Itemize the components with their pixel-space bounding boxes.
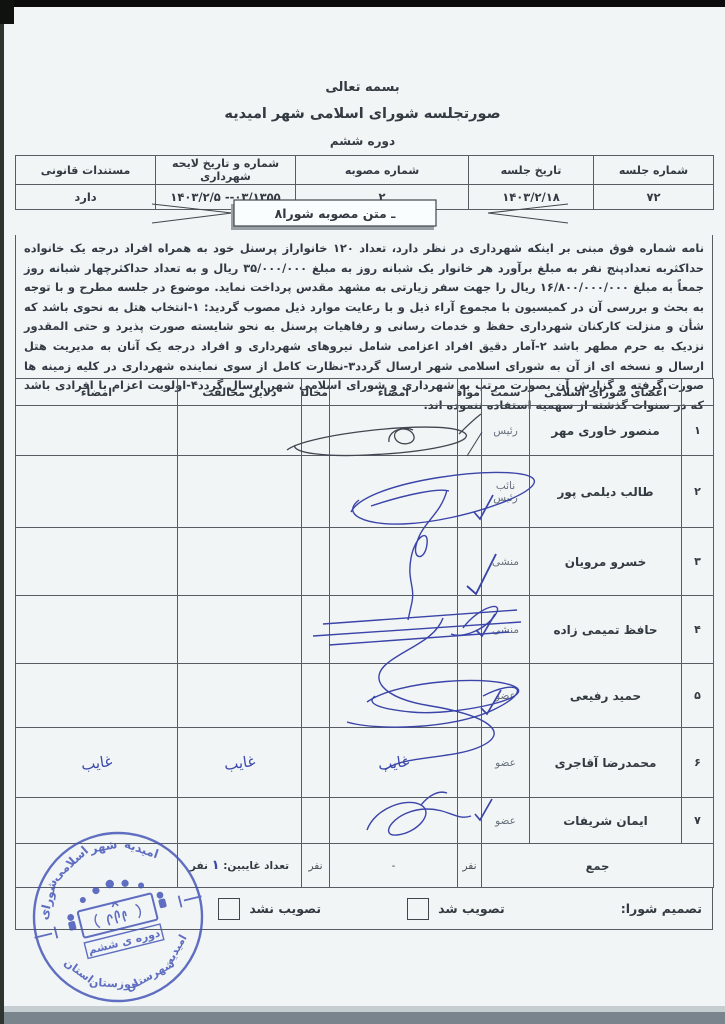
resolution-text: نامه شماره فوق مبنی بر اینکه شهرداری در … (15, 235, 713, 378)
member-row-1: ۱ منصور خاوری مهر رئیس (16, 406, 714, 456)
stamp-bottom-word: شهرستان (124, 957, 177, 994)
page-title: صورتجلسه شورای اسلامی شهر امیدیه (0, 106, 725, 122)
handwritten-absent: غایب (377, 752, 411, 774)
oppose-count-unit: نفر (302, 844, 330, 888)
reasons-header: دلایل مخالفت (178, 379, 302, 406)
legal-docs-label: مستندات قانونی (16, 156, 156, 185)
term-subtitle: دوره ششم (0, 134, 725, 148)
member-position: رئیس (482, 406, 530, 456)
member-row-5: ۵ حمید رفیعی عضو (16, 664, 714, 728)
ribbon-label: ۸ـ متن مصوبه شورا (275, 206, 397, 221)
stamp-bottom-word: امیدیه (163, 932, 190, 966)
member-position: عضو (482, 798, 530, 844)
vote-table: اعضای شورای اسلامی سمت موافق امضاء مخالف… (15, 378, 714, 888)
scanned-council-minutes: بسمه تعالی صورتجلسه شورای اسلامی شهر امی… (0, 0, 725, 1024)
stamp-term-text: دوره ی ششم (87, 926, 162, 957)
member-name: خسرو مرویان (530, 528, 682, 596)
rejected-checkbox[interactable] (218, 898, 240, 920)
member-row-4: ۴ حافظ تمیمی زاده منشی (16, 596, 714, 664)
rejected-label: تصویب نشد (249, 901, 321, 916)
member-position: عضو (482, 728, 530, 798)
council-decision-row: تصمیم شورا: تصویب شد تصویب نشد (15, 887, 713, 930)
decision-label: تصمیم شورا: (621, 901, 702, 916)
ribbon-left-tail (152, 204, 232, 223)
member-position: عضو (482, 664, 530, 728)
signature2-header: امضاء (16, 379, 178, 406)
signature-dash: - (330, 844, 458, 888)
member-row-3: ۳ خسرو مرویان منشی (16, 528, 714, 596)
signature-header: امضاء (330, 379, 458, 406)
info-header-row: شماره جلسه تاریخ جلسه شماره مصوبه شماره … (16, 156, 714, 185)
members-header: اعضای شورای اسلامی (530, 379, 682, 406)
agree-header: موافق (458, 379, 482, 406)
position-header: سمت (482, 379, 530, 406)
handwritten-absent: غایب (80, 752, 114, 774)
agree-count-unit: نفر (458, 844, 482, 888)
bill-ref-label: شماره و تاریخ لایحه شهرداری (156, 156, 296, 185)
member-name: منصور خاوری مهر (530, 406, 682, 456)
member-row-2: ۲ طالب دیلمی پور نائب رئیس (16, 456, 714, 528)
scan-edge-bottom (0, 1012, 725, 1024)
member-row-6: ۶ محمدرضا آقاجری عضو غایب غایب غایب (16, 728, 714, 798)
absent-count-cell: تعداد غایبین: ۱ نفر (178, 844, 302, 888)
member-position: منشی (482, 528, 530, 596)
approved-label: تصویب شد (438, 901, 505, 916)
resolution-number-label: شماره مصوبه (296, 156, 469, 185)
bismillah: بسمه تعالی (0, 80, 725, 95)
oppose-header: مخالف (302, 379, 330, 406)
section-ribbon: ۸ـ متن مصوبه شورا (130, 196, 590, 232)
total-label: جمع (482, 844, 714, 888)
member-name: حمید رفیعی (530, 664, 682, 728)
member-name: ایمان شریفات (530, 798, 682, 844)
ribbon-right-tail (488, 204, 568, 223)
absent-count-unit: نفر (190, 860, 208, 872)
member-position: نائب رئیس (482, 456, 530, 528)
session-number-value: ۷۲ (594, 185, 714, 210)
row-number-header (682, 379, 714, 406)
member-name: محمدرضا آقاجری (530, 728, 682, 798)
member-position: منشی (482, 596, 530, 664)
handwritten-absent-count: ۱ (212, 858, 220, 873)
session-number-label: شماره جلسه (594, 156, 714, 185)
approved-checkbox[interactable] (407, 898, 429, 920)
scan-corner-notch (0, 0, 14, 24)
stamp-bottom-word: خوزستان (89, 976, 140, 992)
scan-edge-top (0, 0, 725, 7)
approved-option: تصویب شد (407, 898, 505, 920)
rejected-option: تصویب نشد (218, 898, 321, 920)
vote-header-row: اعضای شورای اسلامی سمت موافق امضاء مخالف… (16, 379, 714, 406)
member-name: طالب دیلمی پور (530, 456, 682, 528)
scan-edge-left (0, 0, 4, 1024)
stamp-bottom-word: استان (62, 956, 96, 986)
total-row: جمع نفر - نفر تعداد غایبین: ۱ نفر (16, 844, 714, 888)
member-row-7: ۷ ایمان شریفات عضو (16, 798, 714, 844)
handwritten-absent: غایب (223, 752, 257, 774)
member-name: حافظ تمیمی زاده (530, 596, 682, 664)
absent-count-label: تعداد غایبین: (223, 860, 289, 872)
session-date-label: تاریخ جلسه (469, 156, 594, 185)
